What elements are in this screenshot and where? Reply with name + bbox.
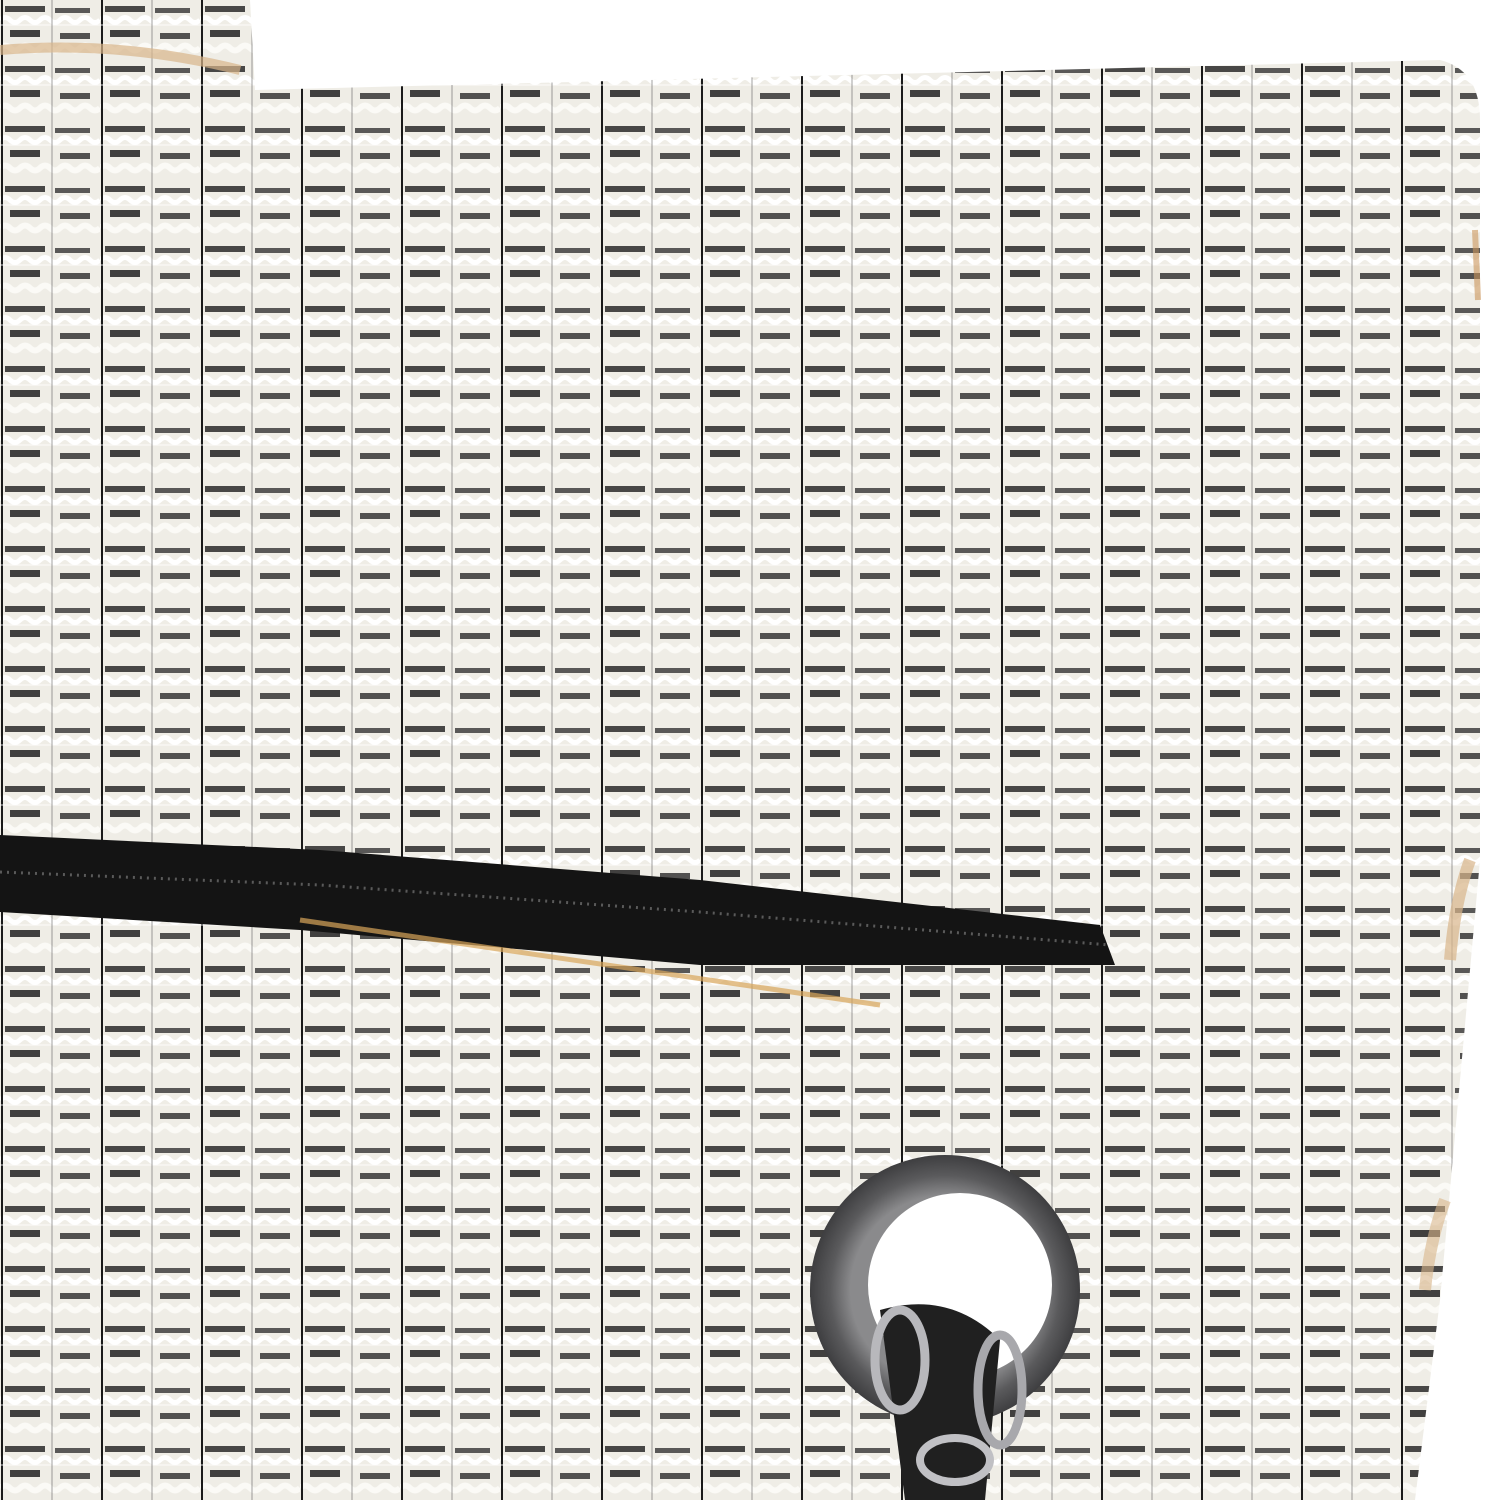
tweed-bag-image [0,0,1500,1500]
product-photo [0,0,1500,1500]
tweed-panel [0,0,1480,1500]
